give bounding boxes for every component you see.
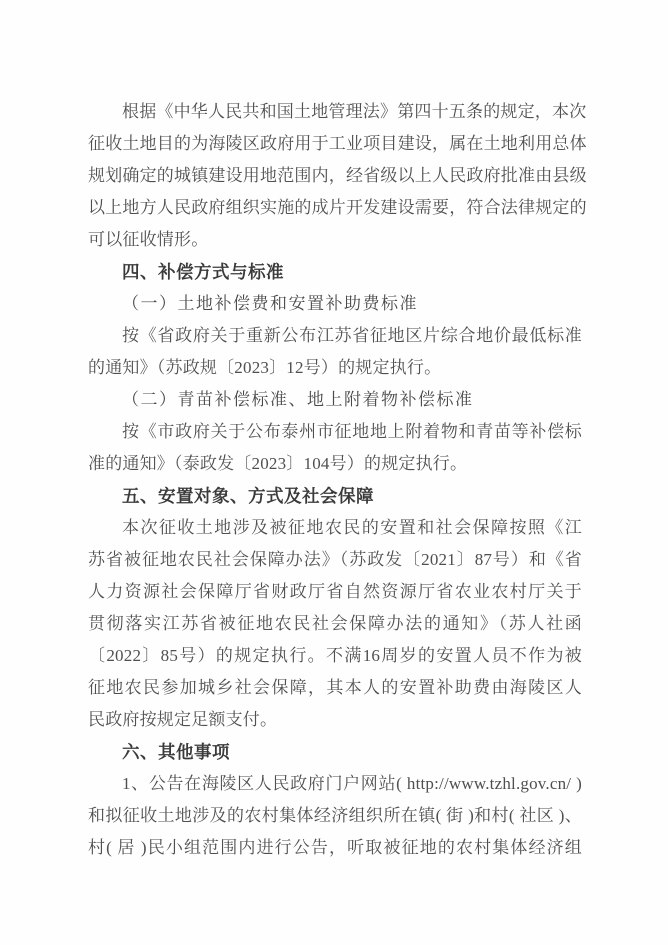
body-line: 人力资源社会保障厅省财政厅省自然资源厅省农业农村厅关于	[88, 576, 582, 608]
body-line: 的通知》（苏政规〔2023〕12号）的规定执行。	[88, 352, 582, 384]
body-line: 本次征收土地涉及被征地农民的安置和社会保障按照《江	[88, 512, 582, 544]
body-line: 准的通知》（泰政发〔2023〕104号）的规定执行。	[88, 448, 582, 480]
body-line: 〔2022〕85号）的规定执行。不满16周岁的安置人员不作为被	[88, 640, 582, 672]
sub-heading-land-compensation: （一）土地补偿费和安置补助费标准	[88, 288, 582, 320]
section-heading-compensation: 四、补偿方式与标准	[88, 256, 582, 288]
body-line: 按《市政府关于公布泰州市征地地上附着物和青苗等补偿标	[88, 416, 582, 448]
body-line: 规划确定的城镇建设用地范围内，经省级以上人民政府批准由县级	[88, 160, 582, 192]
body-line: 苏省被征地农民社会保障办法》（苏政发〔2021〕87号）和《省	[88, 544, 582, 576]
body-line: 征地农民参加城乡社会保障，其本人的安置补助费由海陵区人	[88, 672, 582, 704]
body-line: 可以征收情形。	[88, 224, 582, 256]
section-heading-other-matters: 六、其他事项	[88, 736, 582, 768]
document-page: 根据《中华人民共和国土地管理法》第四十五条的规定，本次 征收土地目的为海陵区政府…	[0, 0, 668, 945]
body-line: 以上地方人民政府组织实施的成片开发建设需要，符合法律规定的	[88, 192, 582, 224]
body-line: 征收土地目的为海陵区政府用于工业项目建设，属在土地利用总体	[88, 128, 582, 160]
body-line: 和拟征收土地涉及的农村集体经济组织所在镇( 街 )和村( 社区 )、	[88, 800, 582, 832]
body-line-with-url: 1、公告在海陵区人民政府门户网站( http://www.tzhl.gov.cn…	[88, 768, 582, 800]
body-line: 按《省政府关于重新公布江苏省征地区片综合地价最低标准	[88, 320, 582, 352]
body-line: 根据《中华人民共和国土地管理法》第四十五条的规定，本次	[88, 96, 582, 128]
body-line: 民政府按规定足额支付。	[88, 704, 582, 736]
body-line: 村( 居 )民小组范围内进行公告，听取被征地的农村集体经济组	[88, 832, 582, 864]
section-heading-resettlement: 五、安置对象、方式及社会保障	[88, 480, 582, 512]
body-line: 贯彻落实江苏省被征地农民社会保障办法的通知》（苏人社函	[88, 608, 582, 640]
sub-heading-crop-compensation: （二）青苗补偿标准、地上附着物补偿标准	[88, 384, 582, 416]
